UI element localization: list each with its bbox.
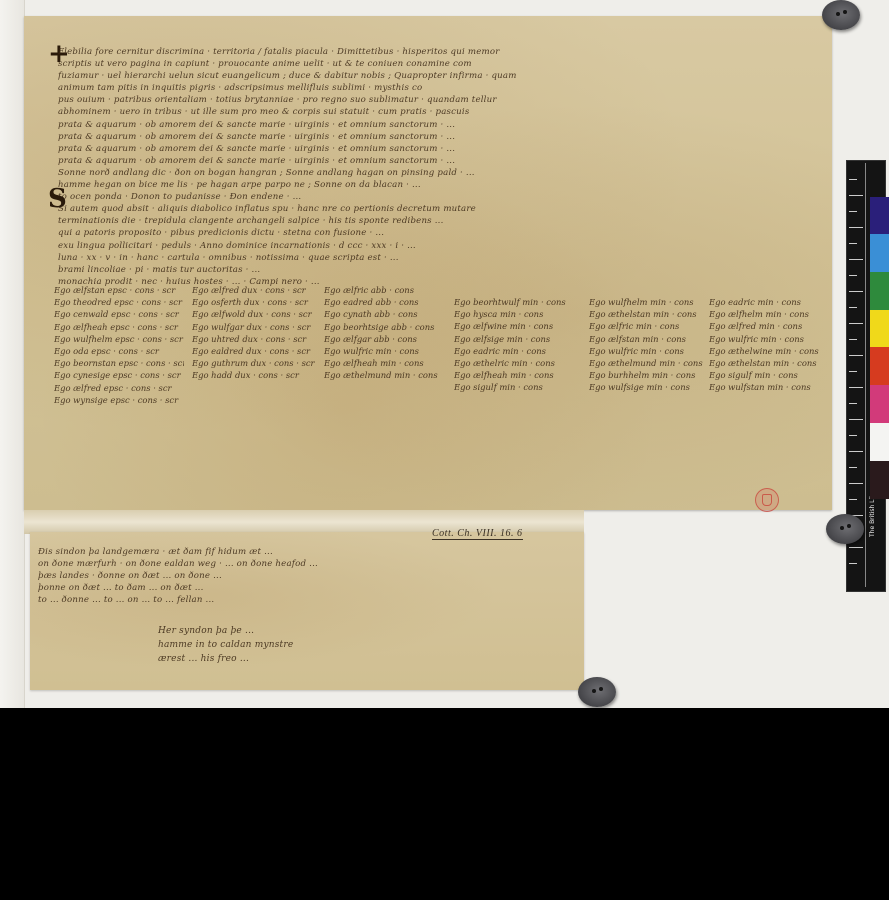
witness-list-column: Ego eadric min · cons Ego ælfhelm min · … — [709, 296, 827, 394]
witness-entry: Ego uhtred dux · cons · scr — [192, 333, 322, 345]
text-line: Sonne norð andlang dic · ðon on bogan ha… — [58, 167, 818, 179]
witness-entry: Ego ælfheah min · cons — [454, 369, 584, 381]
text-line: Her syndon þa þe ... — [158, 624, 358, 638]
text-line: abhominem · uero in tribus · ut ille sum… — [58, 106, 818, 118]
witness-entry: Ego wulfhelm epsc · cons · scr — [54, 333, 184, 345]
text-line: hamme in to caldan mynstre — [158, 638, 358, 652]
text-line: prata & aquarum · ob amorem dei & sancte… — [58, 131, 818, 143]
text-line: þonne on ðæt ... to ðam ... on ðæt ... — [38, 582, 578, 594]
witness-entry: Ego eadred abb · cons — [324, 296, 449, 308]
witness-entry: Ego ælfred min · cons — [709, 320, 827, 332]
color-patch-red — [870, 347, 889, 385]
charter-body-text: Flebilia fore cernitur discrimina · terr… — [58, 46, 818, 288]
charter-lower-strip: Ðis sindon þa landgemæra · æt ðam fif hi… — [30, 532, 584, 690]
color-patch-dark-brown — [870, 461, 889, 499]
witness-entry: Ego wulfhelm min · cons — [589, 296, 719, 308]
witness-entry: Ego ælfred epsc · cons · scr — [54, 382, 184, 394]
witness-list-column: Ego ælfred dux · cons · scr Ego osferth … — [192, 284, 322, 382]
mount-weight-bottom — [578, 677, 616, 707]
witness-entry: Ego sigulf min · cons — [709, 369, 827, 381]
witness-entry: Ego guthrum dux · cons · scr — [192, 357, 322, 369]
witness-entry: Ego beorhtsige abb · cons — [324, 321, 449, 333]
witness-entry: Ego ælfwold dux · cons · scr — [192, 308, 322, 320]
color-patch-green — [870, 272, 889, 310]
witness-entry: Ego æthelstan min · cons — [709, 357, 827, 369]
witness-entry: Ego oda epsc · cons · scr — [54, 345, 184, 357]
text-line: on ðone mærfurh · on ðone ealdan weg · .… — [38, 558, 578, 570]
witness-entry: Ego æthelwine min · cons — [709, 345, 827, 357]
color-patch-magenta — [870, 385, 889, 423]
boundary-clause-text: Ðis sindon þa landgemæra · æt ðam fif hi… — [38, 546, 578, 606]
witness-entry: Ego sigulf min · cons — [454, 381, 584, 393]
text-line: exu lingua pollicitari · peduls · Anno d… — [58, 240, 818, 252]
witness-entry: Ego æthelstan min · cons — [589, 308, 719, 320]
decorated-initial-s: S — [48, 189, 67, 209]
witness-entry: Ego ealdred dux · cons · scr — [192, 345, 322, 357]
color-patch-white — [870, 423, 889, 461]
witness-entry: Ego ælfwine min · cons — [454, 320, 584, 332]
witness-entry: Ego wulfgar dux · cons · scr — [192, 321, 322, 333]
witness-entry: Ego theodred epsc · cons · scr — [54, 296, 184, 308]
witness-entry: Ego wulfric min · cons — [324, 345, 449, 357]
witness-entry: Ego ælfsige min · cons — [454, 333, 584, 345]
witness-entry: Ego cynesige epsc · cons · scr — [54, 369, 184, 381]
witness-entry: Ego æthelmund min · cons — [324, 369, 449, 381]
witness-list-column: Ego wulfhelm min · cons Ego æthelstan mi… — [589, 296, 719, 394]
library-stamp-icon — [755, 488, 779, 512]
text-line: brami lincoliae · pi · matis tur auctori… — [58, 264, 818, 276]
witness-list-column: Ego ælfstan epsc · cons · scr Ego theodr… — [54, 284, 184, 406]
witness-entry: Ego wulfstan min · cons — [709, 381, 827, 393]
witness-entry: Ego ælfhelm min · cons — [709, 308, 827, 320]
text-line: ærest ... his freo ... — [158, 652, 358, 666]
witness-entry: Ego ælfred dux · cons · scr — [192, 284, 322, 296]
witness-entry: Ego wynsige epsc · cons · scr — [54, 394, 184, 406]
witness-list-column: Ego ælfric abb · cons Ego eadred abb · c… — [324, 284, 449, 382]
witness-entry: Ego æthelmund min · cons — [589, 357, 719, 369]
witness-entry: Ego ælfric abb · cons — [324, 284, 449, 296]
text-line: scriptis ut vero pagina in capiunt · pro… — [58, 58, 818, 70]
witness-entry: Ego ælfstan epsc · cons · scr — [54, 284, 184, 296]
witness-entry: Ego ælfheah epsc · cons · scr — [54, 321, 184, 333]
witness-list-column: Ego beorhtwulf min · cons Ego hysca min … — [454, 296, 584, 394]
manuscript-photo: + Flebilia fore cernitur discrimina · te… — [0, 0, 889, 708]
text-line: qui a patoris proposito · pibus predicio… — [58, 227, 818, 239]
text-line: þæs landes · ðonne on ðæt ... on ðone ..… — [38, 570, 578, 582]
text-line: prata & aquarum · ob amorem dei & sancte… — [58, 119, 818, 131]
witness-entry: Ego wulfric min · cons — [709, 333, 827, 345]
witness-entry: Ego ælfstan min · cons — [589, 333, 719, 345]
witness-entry: Ego osferth dux · cons · scr — [192, 296, 322, 308]
witness-entry: Ego ælfgar abb · cons — [324, 333, 449, 345]
text-line: animum tam pitis in inquitis pigris · ad… — [58, 82, 818, 94]
endorsement-text: Her syndon þa þe ... hamme in to caldan … — [158, 624, 358, 666]
witness-entry: Ego beorhtwulf min · cons — [454, 296, 584, 308]
text-line: hamme hegan on bice me lis · pe hagan ar… — [58, 179, 818, 191]
witness-entry: Ego ælfric min · cons — [589, 320, 719, 332]
witness-entry: Ego beornstan epsc · cons · scr — [54, 357, 184, 369]
witness-entry: Ego hadd dux · cons · scr — [192, 369, 322, 381]
witness-entry: Ego ælfheah min · cons — [324, 357, 449, 369]
witness-entry: Ego burhhelm min · cons — [589, 369, 719, 381]
color-patch-yellow — [870, 310, 889, 347]
witness-entry: Ego cenwald epsc · cons · scr — [54, 308, 184, 320]
witness-entry: Ego eadric min · cons — [709, 296, 827, 308]
witness-entry: Ego æthelric min · cons — [454, 357, 584, 369]
text-line: to ... ðonne ... to ... on ... to ... fe… — [38, 594, 578, 606]
witness-entry: Ego cynath abb · cons — [324, 308, 449, 320]
text-line: pus ouium · patribus orientaliam · totiu… — [58, 94, 818, 106]
witness-entry: Ego wulfsige min · cons — [589, 381, 719, 393]
mount-board-edge — [0, 0, 25, 708]
witness-entry: Ego wulfric min · cons — [589, 345, 719, 357]
mount-weight-top-right — [822, 0, 860, 30]
color-patch-blue-violet — [870, 197, 889, 234]
black-letterbox-band — [0, 708, 889, 900]
witness-entry: Ego hysca min · cons — [454, 308, 584, 320]
text-line: prata & aquarum · ob amorem dei & sancte… — [58, 143, 818, 155]
text-line: fuziamur · uel hierarchi uelun sicut eua… — [58, 70, 818, 82]
text-line: luna · xx · v · in · hanc · cartula · om… — [58, 252, 818, 264]
text-line: Flebilia fore cernitur discrimina · terr… — [58, 46, 818, 58]
mount-weight-right — [826, 514, 864, 544]
text-line: prata & aquarum · ob amorem dei & sancte… — [58, 155, 818, 167]
text-line: Si autem quod absit · aliquis diabolico … — [58, 203, 818, 215]
charter-main-sheet: + Flebilia fore cernitur discrimina · te… — [24, 16, 832, 510]
text-line: Ðis sindon þa landgemæra · æt ðam fif hi… — [38, 546, 578, 558]
witness-entry: Ego eadric min · cons — [454, 345, 584, 357]
text-line: terminationis die · trepidula clangente … — [58, 215, 818, 227]
text-line: to ocen ponda · Donon to pudanisse · Ðon… — [58, 191, 818, 203]
shelfmark-label: Cott. Ch. VIII. 16. 6 — [432, 528, 523, 540]
color-patch-cyan — [870, 234, 889, 272]
